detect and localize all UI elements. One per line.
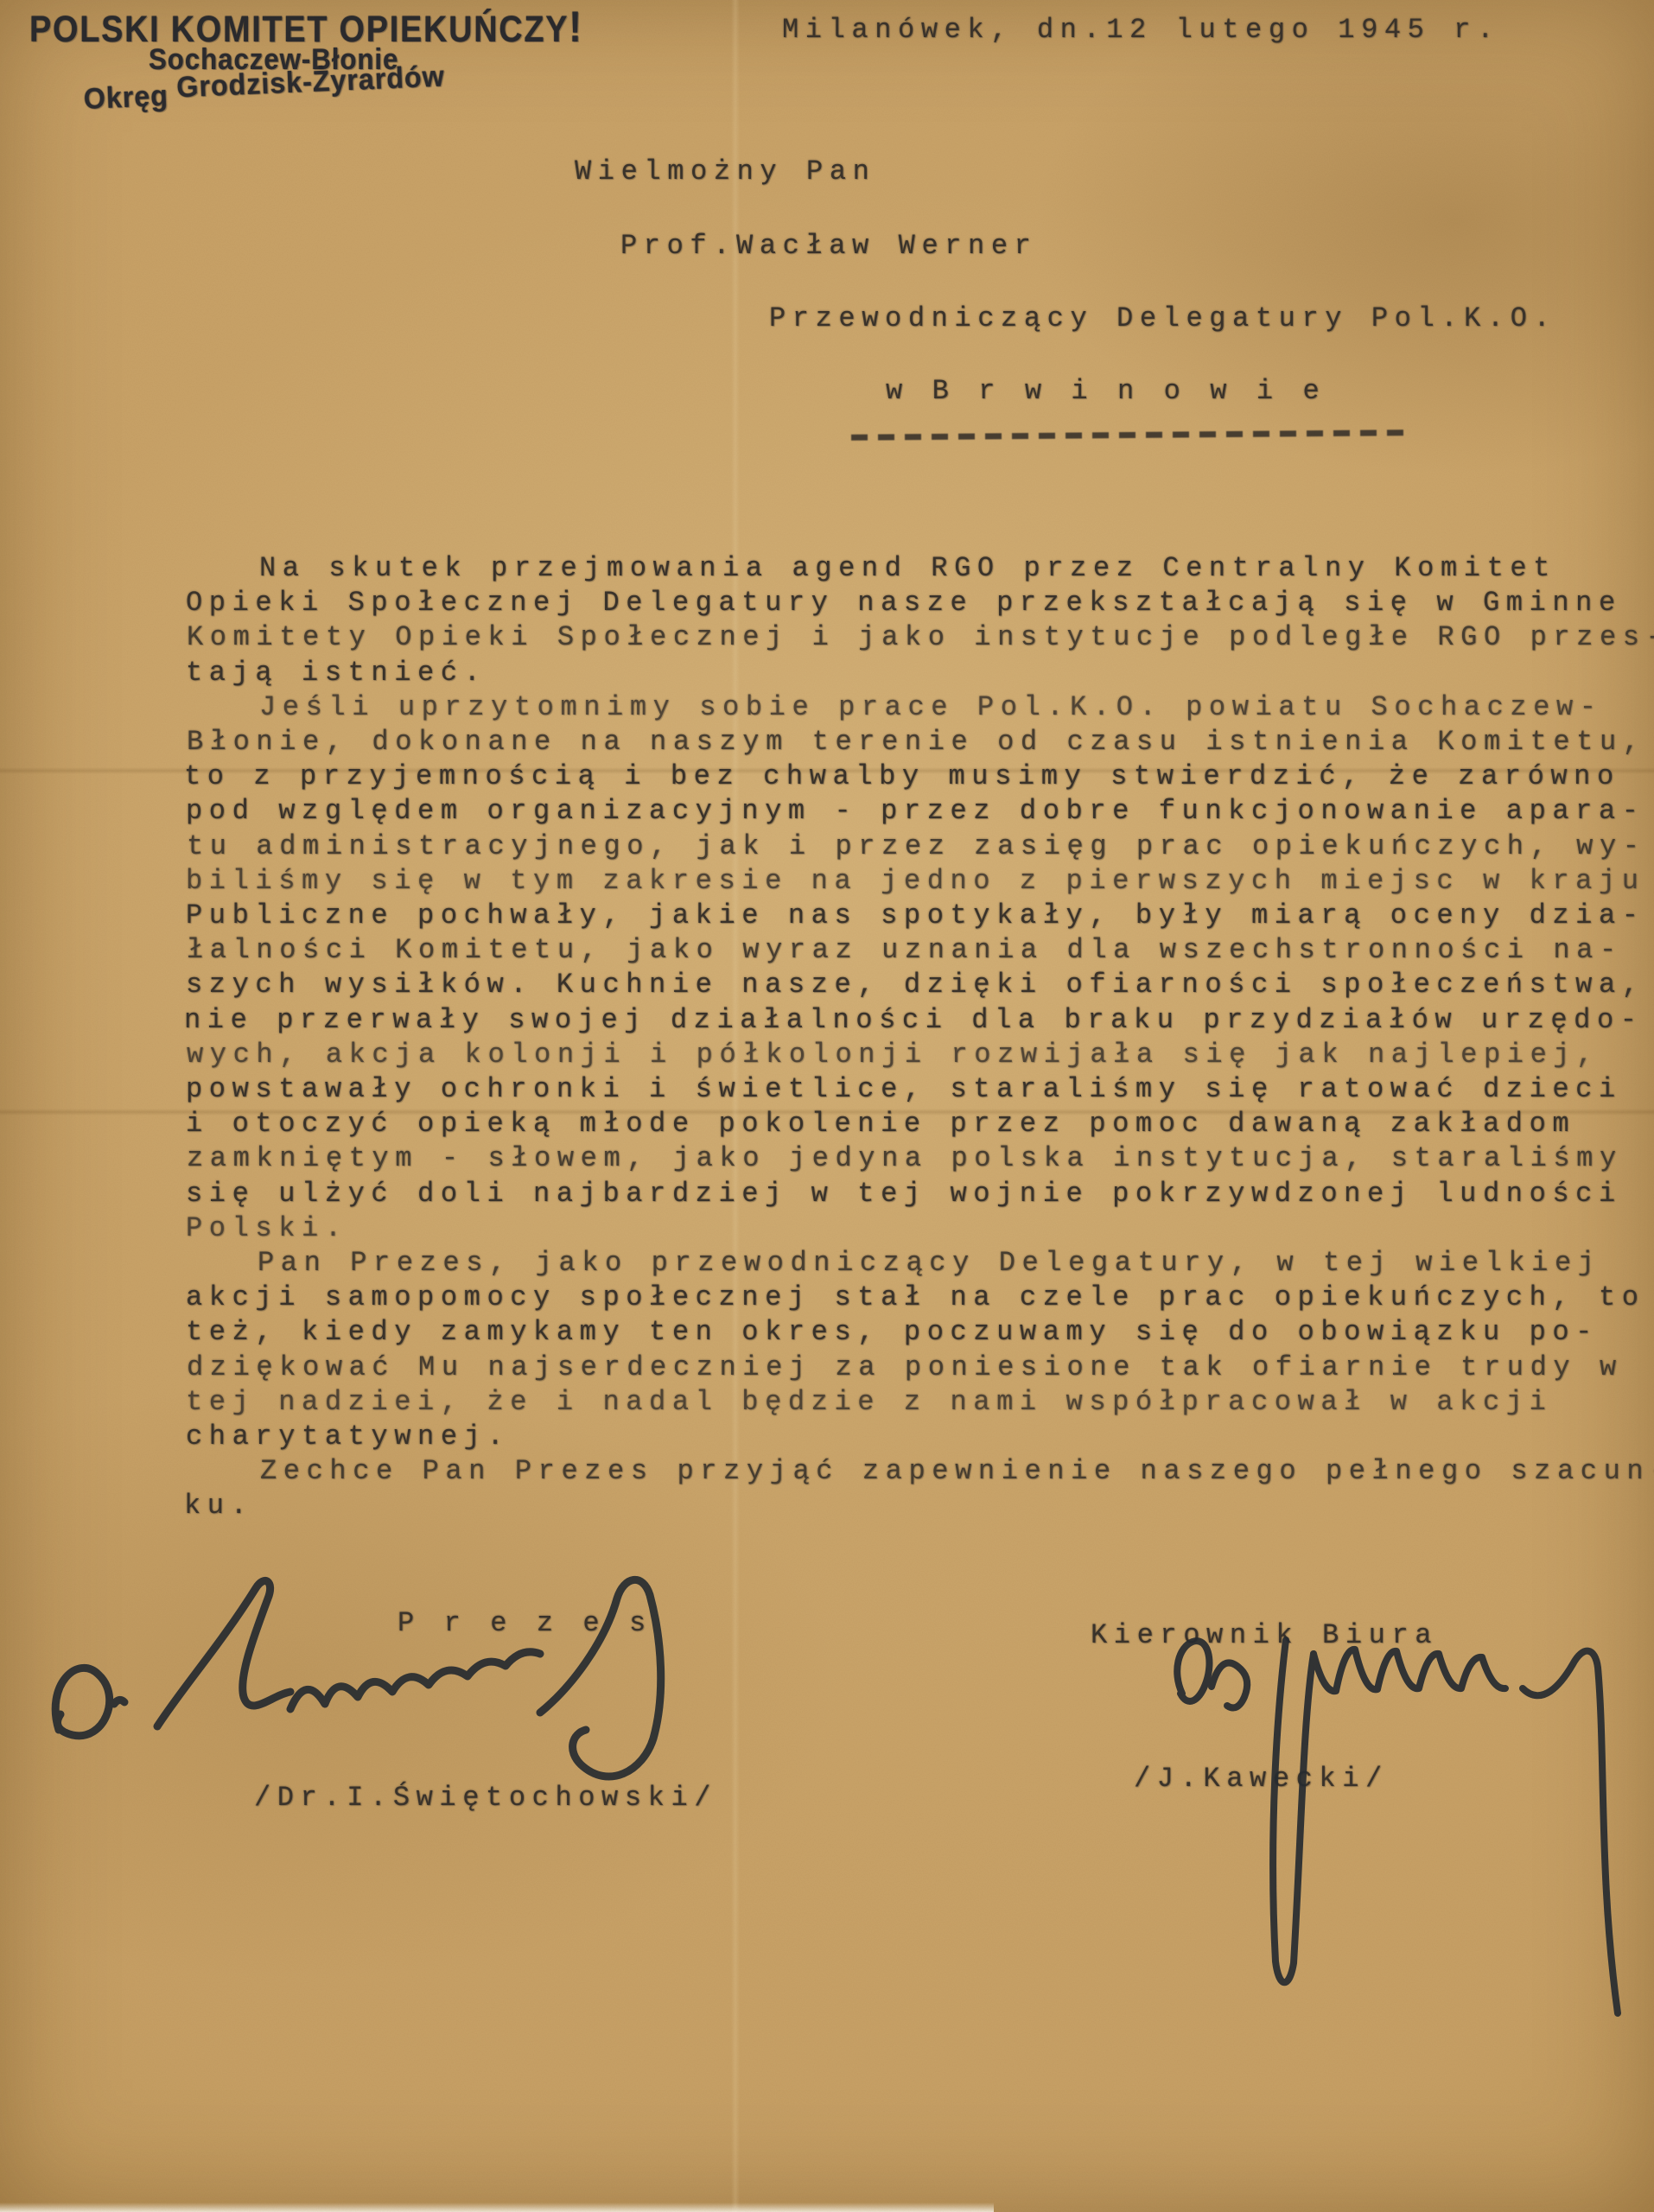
president-signature-ink <box>55 1580 661 1777</box>
office-manager-signature-ink <box>1177 1640 1618 2013</box>
scanned-letter-page: POLSKI KOMITET OPIEKUŃCZY! Sochaczew-Bło… <box>0 0 1654 2212</box>
handwritten-signatures <box>0 0 1654 2212</box>
